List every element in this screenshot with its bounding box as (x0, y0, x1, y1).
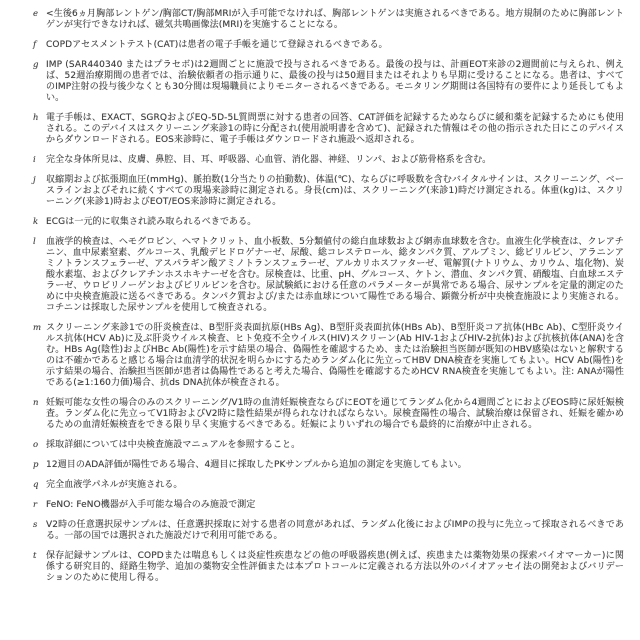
footnote-label: o (33, 440, 46, 451)
footnote-item-o: o 採取詳細については中央検査施設マニュアルを参照すること。 (33, 440, 624, 451)
footnote-item-i: i 完全な身体所見は、皮膚、鼻腔、目、耳、呼吸器、心血管、消化器、神経、リンパ、… (33, 155, 624, 166)
footnote-item-k: k ECGは一元的に収集され読み取られるべきである。 (33, 217, 624, 228)
footnote-item-q: q 完全血液学パネルが実施される。 (33, 480, 624, 491)
footnote-label: i (33, 155, 46, 166)
footnote-item-s: s V2時の任意選択尿サンプルは、任意選択採取に対する患者の同意があれば、ランダ… (33, 520, 624, 542)
footnote-label: e (33, 9, 46, 20)
footnote-text: 収縮期および拡張期血圧(mmHg)、脈拍数(1分当たりの拍動数)、体温(℃)、な… (46, 175, 624, 208)
footnote-item-e: e <生後6ヵ月胸部レントゲン/胸部CT/胸部MRIが入手可能でなければ、胸部レ… (33, 9, 624, 31)
footnote-text: ECGは一元的に収集され読み取られるべきである。 (46, 217, 624, 228)
document-page: e <生後6ヵ月胸部レントゲン/胸部CT/胸部MRIが入手可能でなければ、胸部レ… (0, 0, 640, 640)
footnote-label: l (33, 237, 46, 248)
footnote-label: r (33, 500, 46, 511)
footnote-item-t: t 保存記録サンプルは、COPDまたは喘息もしくは炎症性疾患などの他の呼吸器疾患… (33, 551, 624, 584)
footnote-text: IMP (SAR440340 またはプラセボ)は2週間ごとに施設で投与されるべき… (46, 60, 624, 104)
footnote-text: V2時の任意選択尿サンプルは、任意選択採取に対する患者の同意があれば、ランダム化… (46, 520, 624, 542)
footnote-text: 完全血液学パネルが実施される。 (46, 480, 624, 491)
footnote-item-p: p 12週目のADA評価が陽性である場合、4週目に採取したPKサンプルから追加の… (33, 460, 624, 471)
footnote-text: 採取詳細については中央検査施設マニュアルを参照すること。 (46, 440, 624, 451)
footnote-label: s (33, 520, 46, 531)
footnote-item-f: f COPDアセスメントテスト(CAT)は患者の電子手帳を通じて登録されるべきで… (33, 40, 624, 51)
footnote-text: COPDアセスメントテスト(CAT)は患者の電子手帳を通じて登録されるべきである… (46, 40, 624, 51)
footnote-label: q (33, 480, 46, 491)
footnote-item-g: g IMP (SAR440340 またはプラセボ)は2週間ごとに施設で投与される… (33, 60, 624, 104)
footnote-label: t (33, 551, 46, 562)
footnote-text: 妊娠可能な女性の場合のみのスクリーニング/V1時の血清妊娠検査ならびにEOTを通… (46, 398, 624, 431)
footnote-item-j: j 収縮期および拡張期血圧(mmHg)、脈拍数(1分当たりの拍動数)、体温(℃)… (33, 175, 624, 208)
footnote-label: h (33, 113, 46, 124)
footnote-text: 電子手帳は、EXACT、SGRQおよびEQ-5D-5L質問票に対する患者の回答、… (46, 113, 624, 146)
footnote-item-n: n 妊娠可能な女性の場合のみのスクリーニング/V1時の血清妊娠検査ならびにEOT… (33, 398, 624, 431)
footnote-label: k (33, 217, 46, 228)
footnote-text: 完全な身体所見は、皮膚、鼻腔、目、耳、呼吸器、心血管、消化器、神経、リンパ、およ… (46, 155, 624, 166)
footnote-text: 血液学的検査は、ヘモグロビン、ヘマトクリット、血小板数、5分類値付の総白血球数お… (46, 237, 624, 314)
footnote-label: j (33, 175, 46, 186)
footnote-item-m: m スクリーニング来診1での肝炎検査は、B型肝炎表面抗原(HBs Ag)、B型肝… (33, 323, 624, 389)
footnote-label: f (33, 40, 46, 51)
footnote-label: p (33, 460, 46, 471)
footnote-label: n (33, 398, 46, 409)
footnote-text: 12週目のADA評価が陽性である場合、4週目に採取したPKサンプルから追加の測定… (46, 460, 624, 471)
footnote-item-l: l 血液学的検査は、ヘモグロビン、ヘマトクリット、血小板数、5分類値付の総白血球… (33, 237, 624, 314)
footnote-item-h: h 電子手帳は、EXACT、SGRQおよびEQ-5D-5L質問票に対する患者の回… (33, 113, 624, 146)
footnote-text: FeNO: FeNO機器が入手可能な場合のみ施設で測定 (46, 500, 624, 511)
footnote-label: g (33, 60, 46, 71)
footnote-label: m (33, 323, 46, 334)
footnote-item-r: r FeNO: FeNO機器が入手可能な場合のみ施設で測定 (33, 500, 624, 511)
footnote-text: <生後6ヵ月胸部レントゲン/胸部CT/胸部MRIが入手可能でなければ、胸部レント… (46, 9, 624, 31)
footnote-text: 保存記録サンプルは、COPDまたは喘息もしくは炎症性疾患などの他の呼吸器疾患(例… (46, 551, 624, 584)
footnote-text: スクリーニング来診1での肝炎検査は、B型肝炎表面抗原(HBs Ag)、B型肝炎表… (46, 323, 624, 389)
